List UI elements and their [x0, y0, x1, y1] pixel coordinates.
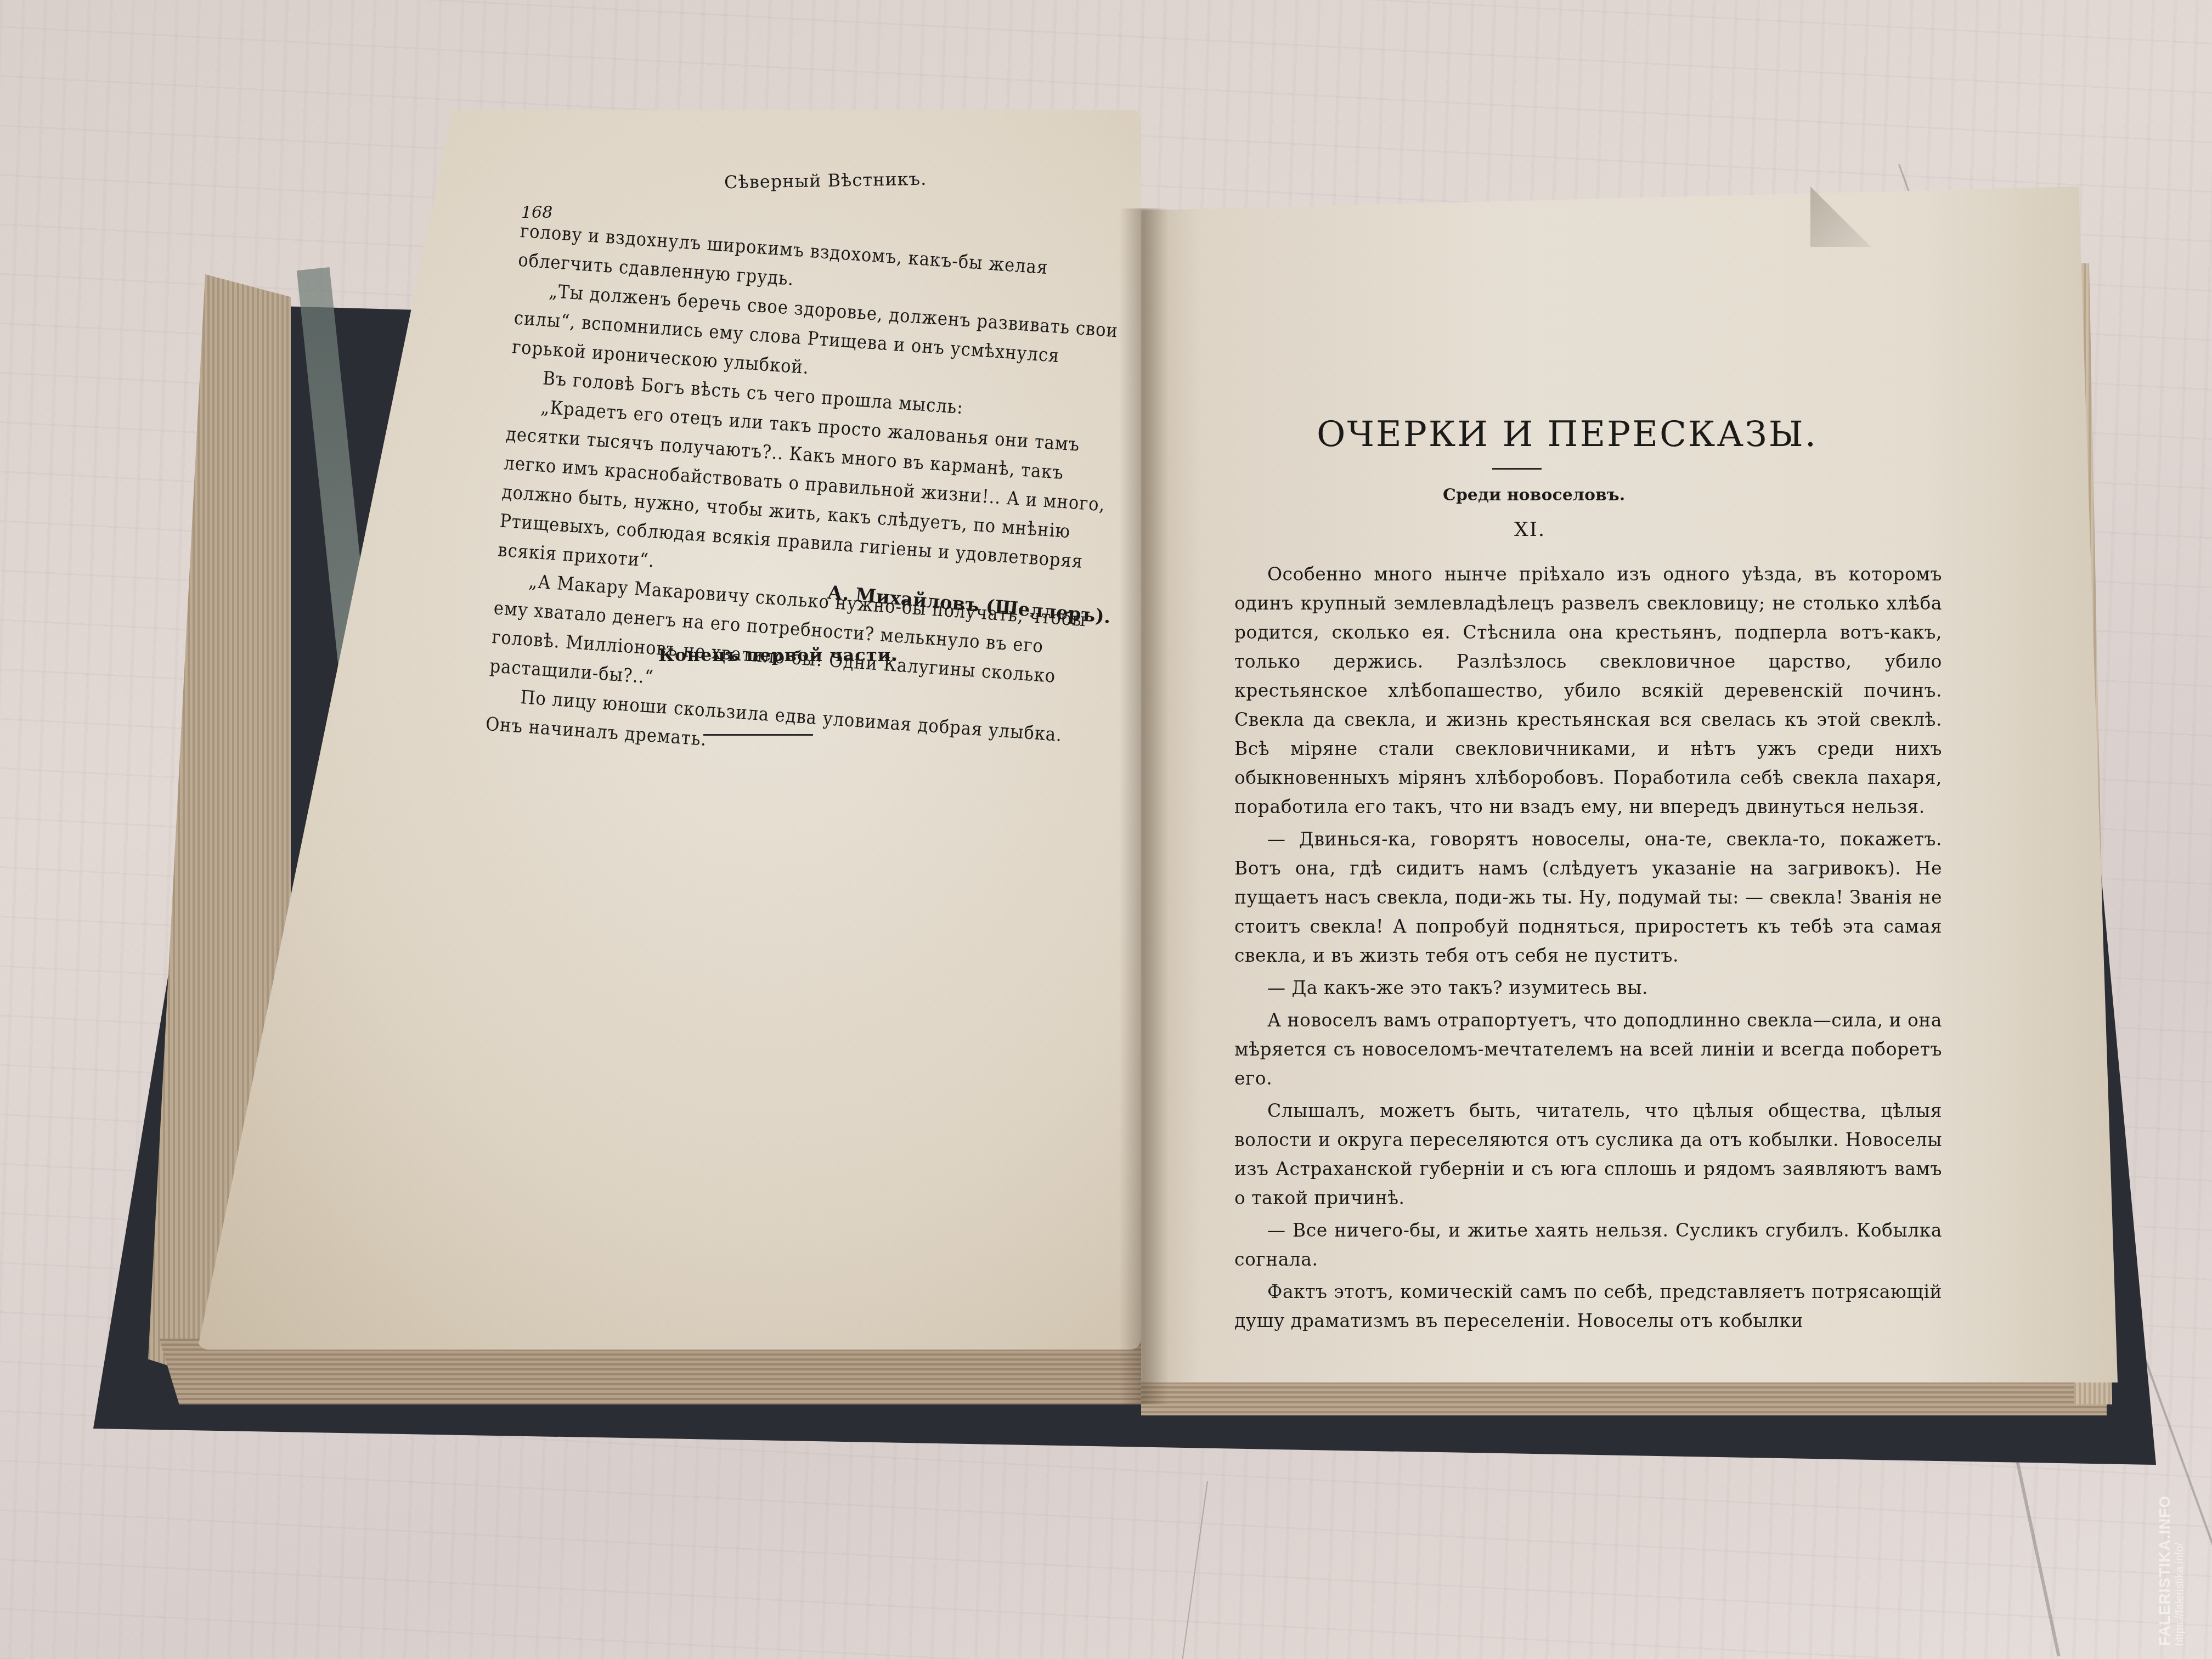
- section-title: ОЧЕРКИ И ПЕРЕСКАЗЫ.: [1317, 414, 1818, 455]
- right-page-text: Особенно много нынче пріѣхало изъ одного…: [1234, 560, 1942, 1339]
- paragraph: Фактъ этотъ, комическій самъ по себѣ, пр…: [1234, 1277, 1942, 1335]
- section-subtitle: Среди новоселовъ.: [1443, 486, 1625, 505]
- divider-rule: [703, 734, 813, 736]
- paragraph: Особенно много нынче пріѣхало изъ одного…: [1234, 560, 1942, 821]
- watermark-brand: FALERISTIKA.INFO: [2156, 1496, 2174, 1646]
- paragraph: — Двинься-ка, говорятъ новоселы, она-те,…: [1234, 825, 1942, 970]
- chapter-number: XI.: [1514, 518, 1545, 541]
- watermark-url: https://faleristika.info/: [2174, 1496, 2186, 1646]
- book-gutter: [1119, 208, 1169, 1404]
- running-head: Сѣверный Вѣстникъ.: [724, 168, 927, 193]
- end-of-part-note: Конецъ первой части.: [658, 645, 898, 665]
- divider-rule: [1492, 468, 1542, 470]
- paragraph: — Все ничего-бы, и житье хаять нельзя. С…: [1234, 1216, 1942, 1274]
- table-crack: [1182, 1481, 1208, 1659]
- left-page-text: голову и вздохнулъ широкимъ вздохомъ, ка…: [484, 217, 1123, 781]
- watermark: FALERISTIKA.INFO https://faleristika.inf…: [2156, 1496, 2186, 1646]
- paragraph: Слышалъ, можетъ быть, читатель, что цѣлы…: [1234, 1096, 1942, 1212]
- paragraph: — Да какъ-же это такъ? изумитесь вы.: [1234, 973, 1942, 1002]
- paragraph: А новоселъ вамъ отрапортуетъ, что доподл…: [1234, 1006, 1942, 1093]
